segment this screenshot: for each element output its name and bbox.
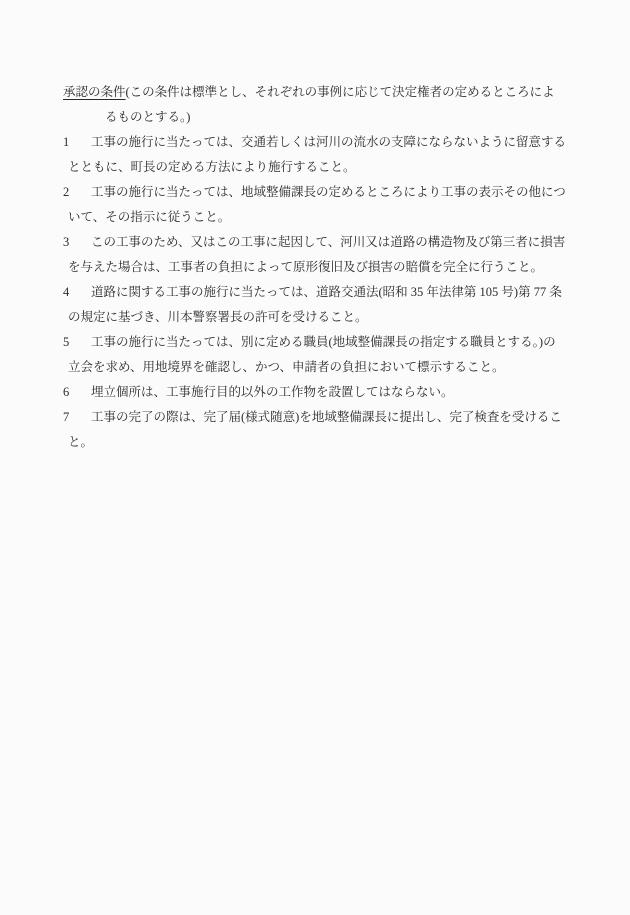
condition-text: 工事の施行に当たっては、別に定める職員(地域整備課長の指定する職員とする。)の …	[68, 335, 556, 374]
condition-number: 6	[63, 380, 91, 405]
approval-conditions-heading: 承認の条件(この条件は標準とし、それぞれの事例に応じて決定権者の定めるところによ…	[63, 80, 572, 130]
condition-number: 2	[63, 180, 91, 205]
condition-item-7: 7工事の完了の際は、完了届(様式随意)を地域整備課長に提出し、完了検査を受けるこ…	[63, 405, 572, 455]
condition-number: 3	[63, 230, 91, 255]
heading-title-underlined: 承認の条件	[63, 85, 126, 99]
heading-parenthetical: (この条件は標準とし、それぞれの事例に応じて決定権者の定めるところによ るものと…	[105, 85, 555, 124]
condition-item-2: 2工事の施行に当たっては、地域整備課長の定めるところにより工事の表示その他につ …	[63, 180, 572, 230]
condition-text: 工事の施行に当たっては、地域整備課長の定めるところにより工事の表示その他につ い…	[68, 185, 566, 224]
condition-item-6: 6埋立個所は、工事施行目的以外の工作物を設置してはならない。	[63, 380, 572, 405]
condition-text: 埋立個所は、工事施行目的以外の工作物を設置してはならない。	[91, 385, 454, 399]
condition-item-1: 1工事の施行に当たっては、交通若しくは河川の流水の支障にならないように留意する …	[63, 130, 572, 180]
condition-text: 工事の施行に当たっては、交通若しくは河川の流水の支障にならないように留意する と…	[68, 135, 566, 174]
condition-item-5: 5工事の施行に当たっては、別に定める職員(地域整備課長の指定する職員とする。)の…	[63, 330, 572, 380]
condition-item-4: 4道路に関する工事の施行に当たっては、道路交通法(昭和 35 年法律第 105 …	[63, 280, 572, 330]
approval-conditions-document: 承認の条件(この条件は標準とし、それぞれの事例に応じて決定権者の定めるところによ…	[0, 0, 630, 915]
condition-number: 7	[63, 405, 91, 430]
condition-item-3: 3この工事のため、又はこの工事に起因して、河川又は道路の構造物及び第三者に損害 …	[63, 230, 572, 280]
condition-number: 4	[63, 280, 91, 305]
condition-number: 5	[63, 330, 91, 355]
condition-text: 道路に関する工事の施行に当たっては、道路交通法(昭和 35 年法律第 105 号…	[68, 285, 562, 324]
condition-number: 1	[63, 130, 91, 155]
condition-text: この工事のため、又はこの工事に起因して、河川又は道路の構造物及び第三者に損害 を…	[68, 235, 565, 274]
document-page: { "page": { "background_color": "#fbfbfb…	[0, 0, 630, 915]
condition-text: 工事の完了の際は、完了届(様式随意)を地域整備課長に提出し、完了検査を受けるこ …	[68, 410, 562, 449]
